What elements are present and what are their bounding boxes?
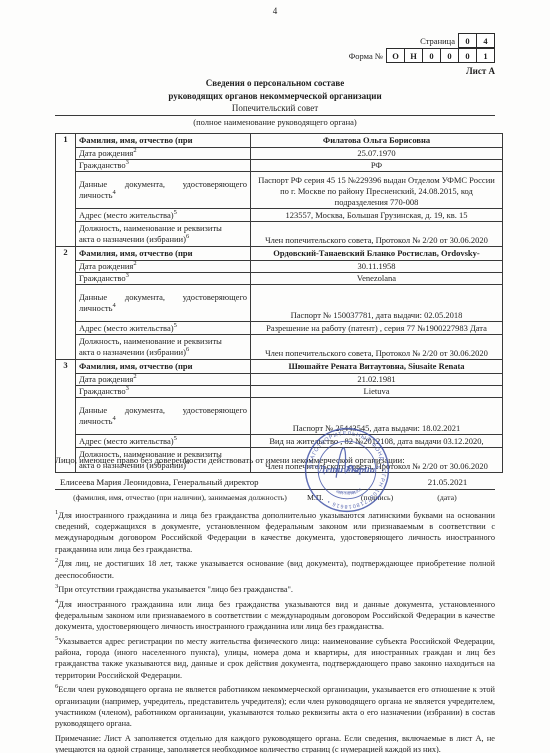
person-name: Шюшайте Рената Витаутовна, Siusaite Rena… — [251, 360, 503, 374]
table-row: Гражданство3 РФ — [56, 160, 503, 172]
person-document: Паспорт РФ серия 45 15 №229396 выдан Отд… — [251, 172, 503, 209]
forma-box: 1 — [476, 48, 495, 63]
footnote: 1Для иностранного гражданина и лица без … — [55, 510, 495, 555]
document-label: Данныедокумента,удостоверяющего личность… — [76, 398, 251, 435]
document-title: Сведения о персональном составе руководя… — [0, 77, 550, 103]
person-address: 123557, Москва, Большая Грузинская, д. 1… — [251, 209, 503, 222]
forma-boxes: О Н 0 0 0 1 — [387, 48, 495, 63]
stranitsa-boxes: 0 4 — [459, 33, 495, 48]
forma-box: Н — [404, 48, 423, 63]
citizenship-label: Гражданство3 — [76, 160, 251, 172]
table-row: 1 Фамилия, имя, отчество (при Филатова О… — [56, 134, 503, 148]
table-row: 2 Фамилия, имя, отчество (при Ордовский-… — [56, 247, 503, 261]
stranitsa-label: Страница — [420, 36, 455, 46]
table-row: Дата рождения2 25.07.1970 — [56, 148, 503, 160]
signature-intro: Лицо, имеющее право без доверенности дей… — [55, 455, 515, 465]
person-position: Член попечительского совета, Протокол № … — [251, 222, 503, 247]
table-row: Дата рождения2 30.11.1958 — [56, 261, 503, 273]
signature-date: 21.05.2021 — [400, 477, 495, 487]
person-address: Разрешение на работу (патент) , серия 77… — [251, 322, 503, 335]
stranitsa-row: Страница 0 4 — [349, 33, 495, 48]
forma-row: Форма № О Н 0 0 0 1 — [349, 48, 495, 63]
document-sheet: 4 Страница 0 4 Форма № О Н 0 0 0 1 Лист … — [0, 0, 550, 753]
footnote: 5Указывается адрес регистрации по месту … — [55, 636, 495, 681]
address-label: Адрес (место жительства)5 — [76, 322, 251, 335]
table-row: Адрес (место жительства)5 Вид на жительс… — [56, 435, 503, 448]
table-row: Гражданство3 Lietuva — [56, 386, 503, 398]
table-row: Дата рождения2 21.02.1981 — [56, 374, 503, 386]
dob-label: Дата рождения2 — [76, 148, 251, 160]
person-address: Вид на жительство , 82 №2012108, дата вы… — [251, 435, 503, 448]
forma-box: О — [386, 48, 405, 63]
person-document: Паспорт № 25443545, дата выдачи: 18.02.2… — [251, 398, 503, 435]
title-line-2: руководящих органов некоммерческой орган… — [0, 90, 550, 103]
forma-label: Форма № — [349, 51, 383, 61]
table-row: Адрес (место жительства)5 123557, Москва… — [56, 209, 503, 222]
persons-table: 1 Фамилия, имя, отчество (при Филатова О… — [55, 133, 503, 473]
name-label: Фамилия, имя, отчество (при — [76, 247, 251, 261]
footnote: 4Для иностранного гражданина или лица бе… — [55, 599, 495, 633]
table-row: Данныедокумента,удостоверяющего личность… — [56, 285, 503, 322]
person-name: Ордовский-Танаевский Бланко Ростислав, O… — [251, 247, 503, 261]
citizenship-label: Гражданство3 — [76, 273, 251, 285]
note-paragraph: Примечание: Лист А заполняется отдельно … — [55, 733, 495, 753]
stranitsa-box: 4 — [476, 33, 495, 48]
person-name: Филатова Ольга Борисовна — [251, 134, 503, 148]
person-citizenship: РФ — [251, 160, 503, 172]
dob-label: Дата рождения2 — [76, 261, 251, 273]
citizenship-label: Гражданство3 — [76, 386, 251, 398]
footnote: 3При отсутствии гражданства указывается … — [55, 584, 495, 595]
address-label: Адрес (место жительства)5 — [76, 209, 251, 222]
person-number: 1 — [56, 134, 76, 247]
signature-line: Елисеева Мария Леонидовна, Генеральный д… — [55, 470, 495, 490]
position-label: Должность, наименование и реквизиты акта… — [76, 335, 251, 360]
form-header: Страница 0 4 Форма № О Н 0 0 0 1 Лист А — [349, 33, 495, 76]
table-row: 3 Фамилия, имя, отчество (при Шюшайте Ре… — [56, 360, 503, 374]
table-row: Должность, наименование и реквизиты акта… — [56, 222, 503, 247]
caption-fio: (фамилия, имя, отчество (при наличии), з… — [55, 493, 305, 502]
person-dob: 25.07.1970 — [251, 148, 503, 160]
name-label: Фамилия, имя, отчество (при — [76, 360, 251, 374]
person-dob: 30.11.1958 — [251, 261, 503, 273]
stranitsa-box: 0 — [458, 33, 477, 48]
name-label: Фамилия, имя, отчество (при — [76, 134, 251, 148]
forma-box: 0 — [458, 48, 477, 63]
caption-mp: М.П. — [307, 493, 323, 502]
signature-captions: (фамилия, имя, отчество (при наличии), з… — [55, 493, 495, 505]
signatory-name: Елисеева Мария Леонидовна, Генеральный д… — [60, 477, 259, 487]
person-citizenship: Lietuva — [251, 386, 503, 398]
caption-signature: (подпись) — [337, 493, 417, 502]
forma-box: 0 — [422, 48, 441, 63]
list-a-label: Лист А — [349, 66, 495, 76]
forma-box: 0 — [440, 48, 459, 63]
document-label: Данныедокумента,удостоверяющего личность… — [76, 285, 251, 322]
caption-date: (дата) — [407, 493, 487, 502]
table-row: Гражданство3 Venezolana — [56, 273, 503, 285]
dob-label: Дата рождения2 — [76, 374, 251, 386]
person-position: Член попечительского совета, Протокол № … — [251, 335, 503, 360]
position-label: Должность, наименование и реквизиты акта… — [76, 222, 251, 247]
page-number: 4 — [0, 6, 550, 16]
person-citizenship: Venezolana — [251, 273, 503, 285]
table-row: Данныедокумента,удостоверяющего личность… — [56, 172, 503, 209]
footnotes: 1Для иностранного гражданина и лица без … — [55, 510, 495, 753]
table-row: Должность, наименование и реквизиты акта… — [56, 335, 503, 360]
table-row: Адрес (место жительства)5 Разрешение на … — [56, 322, 503, 335]
table-row: Данныедокумента,удостоверяющего личность… — [56, 398, 503, 435]
footnote: 6Если член руководящего органа не являет… — [55, 684, 495, 729]
governing-body-caption: (полное наименование руководящего органа… — [55, 117, 495, 127]
title-line-1: Сведения о персональном составе — [0, 77, 550, 90]
governing-body-name: Попечительский совет — [55, 103, 495, 116]
document-label: Данныедокумента,удостоверяющего личность… — [76, 172, 251, 209]
person-dob: 21.02.1981 — [251, 374, 503, 386]
person-document: Паспорт № 150037781, дата выдачи: 02.05.… — [251, 285, 503, 322]
person-number: 2 — [56, 247, 76, 360]
footnote: 2Для лиц, не достигших 18 лет, также ука… — [55, 558, 495, 580]
address-label: Адрес (место жительства)5 — [76, 435, 251, 448]
